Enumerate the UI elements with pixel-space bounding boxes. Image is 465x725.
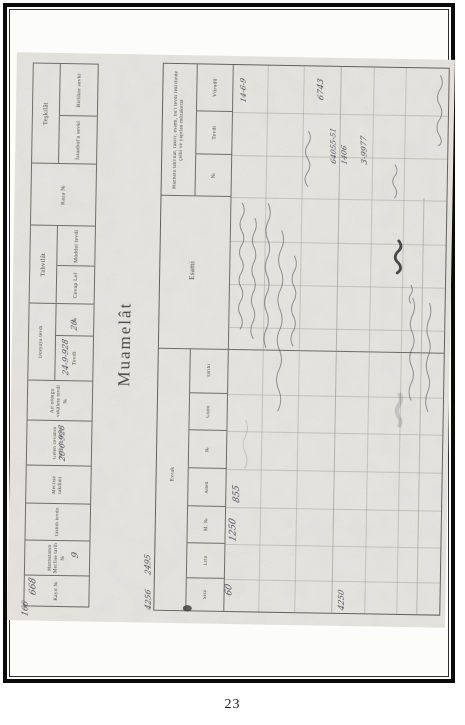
grid-line [258, 66, 269, 612]
handwritten-entry: 668 [28, 577, 38, 597]
col-cell-cevap-lef: Cevap Lef [57, 266, 95, 305]
handwritten-entry: 24-9-928 [61, 338, 71, 376]
col-label: M. № [204, 518, 209, 531]
header-cell-tevdi: Tevdi [196, 111, 233, 155]
handwritten-entry: 3-9977 [360, 135, 370, 165]
muamelat-band-title: Muamelât [114, 302, 135, 387]
handwritten-entry: 60 [225, 583, 235, 597]
handwritten-entry: 1250 [228, 517, 238, 542]
register-form-scan: Teşkilât Birlikte sevki İstanbul'a sevki… [7, 52, 455, 628]
handwritten-entry: 20 [70, 319, 79, 331]
group-cell-teskilat: Teşkilât [32, 64, 61, 164]
header-cell-lira: Lira [187, 543, 226, 579]
grid-line [416, 198, 424, 614]
col-cell-ait-oldugu-vekalete: Ait olduğu vekâlete tevdi № [28, 380, 93, 421]
page-number: 23 [0, 697, 465, 713]
grid-line [396, 68, 407, 614]
group-label: Dosyaya tevdi [38, 307, 45, 377]
group-cell-dosyaya-tevdi: Dosyaya tevdi [28, 303, 56, 380]
group-cell-tahvilat: Tahvilât [30, 225, 58, 303]
header-cell-no: № [196, 154, 233, 197]
col-cell-birlikte-sevki: Birlikte sevki [60, 64, 98, 117]
handwritten-entry: 1406 [340, 144, 349, 165]
header-band-evrak: Evrak [154, 348, 191, 611]
col-label: Birlikte sevki [76, 73, 83, 107]
col-label: Sıra [202, 590, 207, 599]
main-register-table: Mazbata tahvilât, takrir, esami, bu'l te… [153, 63, 450, 616]
group-label: Tahvilât [40, 252, 47, 276]
header-cell-aded: Aded [188, 468, 227, 507]
handwritten-entry: 14-6-9 [239, 77, 248, 103]
header-note: Mazbata tahvilât, takrir, esami, bu'l te… [172, 66, 187, 192]
col-label: Cevap Lef [72, 272, 78, 298]
handwritten-entry: 6743 [316, 78, 326, 102]
col-label: Lira [203, 556, 208, 566]
handwritten-entry: 4256 [144, 588, 153, 610]
col-label: Kayıt № [54, 581, 59, 600]
col-label: Tevdi [211, 126, 217, 140]
header-cell-esami: Esami [159, 196, 232, 349]
header-cell-gunu: Günü [189, 393, 228, 431]
col-cell-istanbula-sevki: İstanbul'a sevki [59, 116, 97, 165]
header-cell-tarihi: Tarihi [190, 348, 229, 394]
col-label: Esami [188, 261, 196, 280]
col-label: Ait olduğu vekâlete tevdi № [50, 382, 69, 418]
col-label: Tevdi [71, 351, 77, 365]
col-label: Müddei tevdi [73, 229, 80, 262]
col-label: Mazbatanın Meclise tarih № [48, 542, 67, 573]
handwritten-entry: 855 [232, 484, 242, 504]
col-label: Tarihi [206, 364, 211, 378]
left-header-strip: Teşkilât Birlikte sevki İstanbul'a sevki… [23, 62, 98, 607]
col-label: № [205, 447, 210, 452]
handwritten-entry: 20-6-928 [57, 424, 67, 462]
col-cell-meclise-takdimi: Meclise takdimi [26, 465, 91, 504]
col-label: Meclise takdimi [52, 467, 65, 501]
header-cell-vurudu: Vürudü [197, 64, 234, 112]
col-label: Günü [206, 405, 211, 417]
col-label: Kaza № [60, 185, 66, 205]
col-label: Tashih tevdii [55, 507, 61, 537]
col-cell-tashih-tevdii: Tashih tevdii [25, 503, 90, 541]
header-cell-m-no: M. № [187, 506, 226, 544]
group-label: Teşkilât [42, 102, 49, 125]
grid-line [294, 66, 305, 612]
col-label: Aded [204, 481, 209, 493]
col-cell-muddei-tevdi: Müddei tevdi [57, 226, 95, 267]
header-note-cell: Mazbata tahvilât, takrir, esami, bu'l te… [162, 64, 198, 197]
header-cell-sira: Sıra [186, 578, 225, 611]
col-label: Evrak [169, 466, 175, 481]
handwritten-entry: 4250 [337, 589, 346, 611]
col-label: № [210, 172, 216, 178]
handwritten-entry: 64055-51 [329, 127, 339, 165]
handwritten-entry: 2495 [143, 553, 152, 575]
header-cell-no-lower: № [189, 430, 228, 469]
col-cell-kaza-no: Kaza № [31, 164, 96, 227]
handwritten-entry: 166 [21, 600, 30, 617]
col-label: İstanbul'a sevki [75, 120, 82, 159]
col-label: Vürudü [212, 78, 218, 97]
